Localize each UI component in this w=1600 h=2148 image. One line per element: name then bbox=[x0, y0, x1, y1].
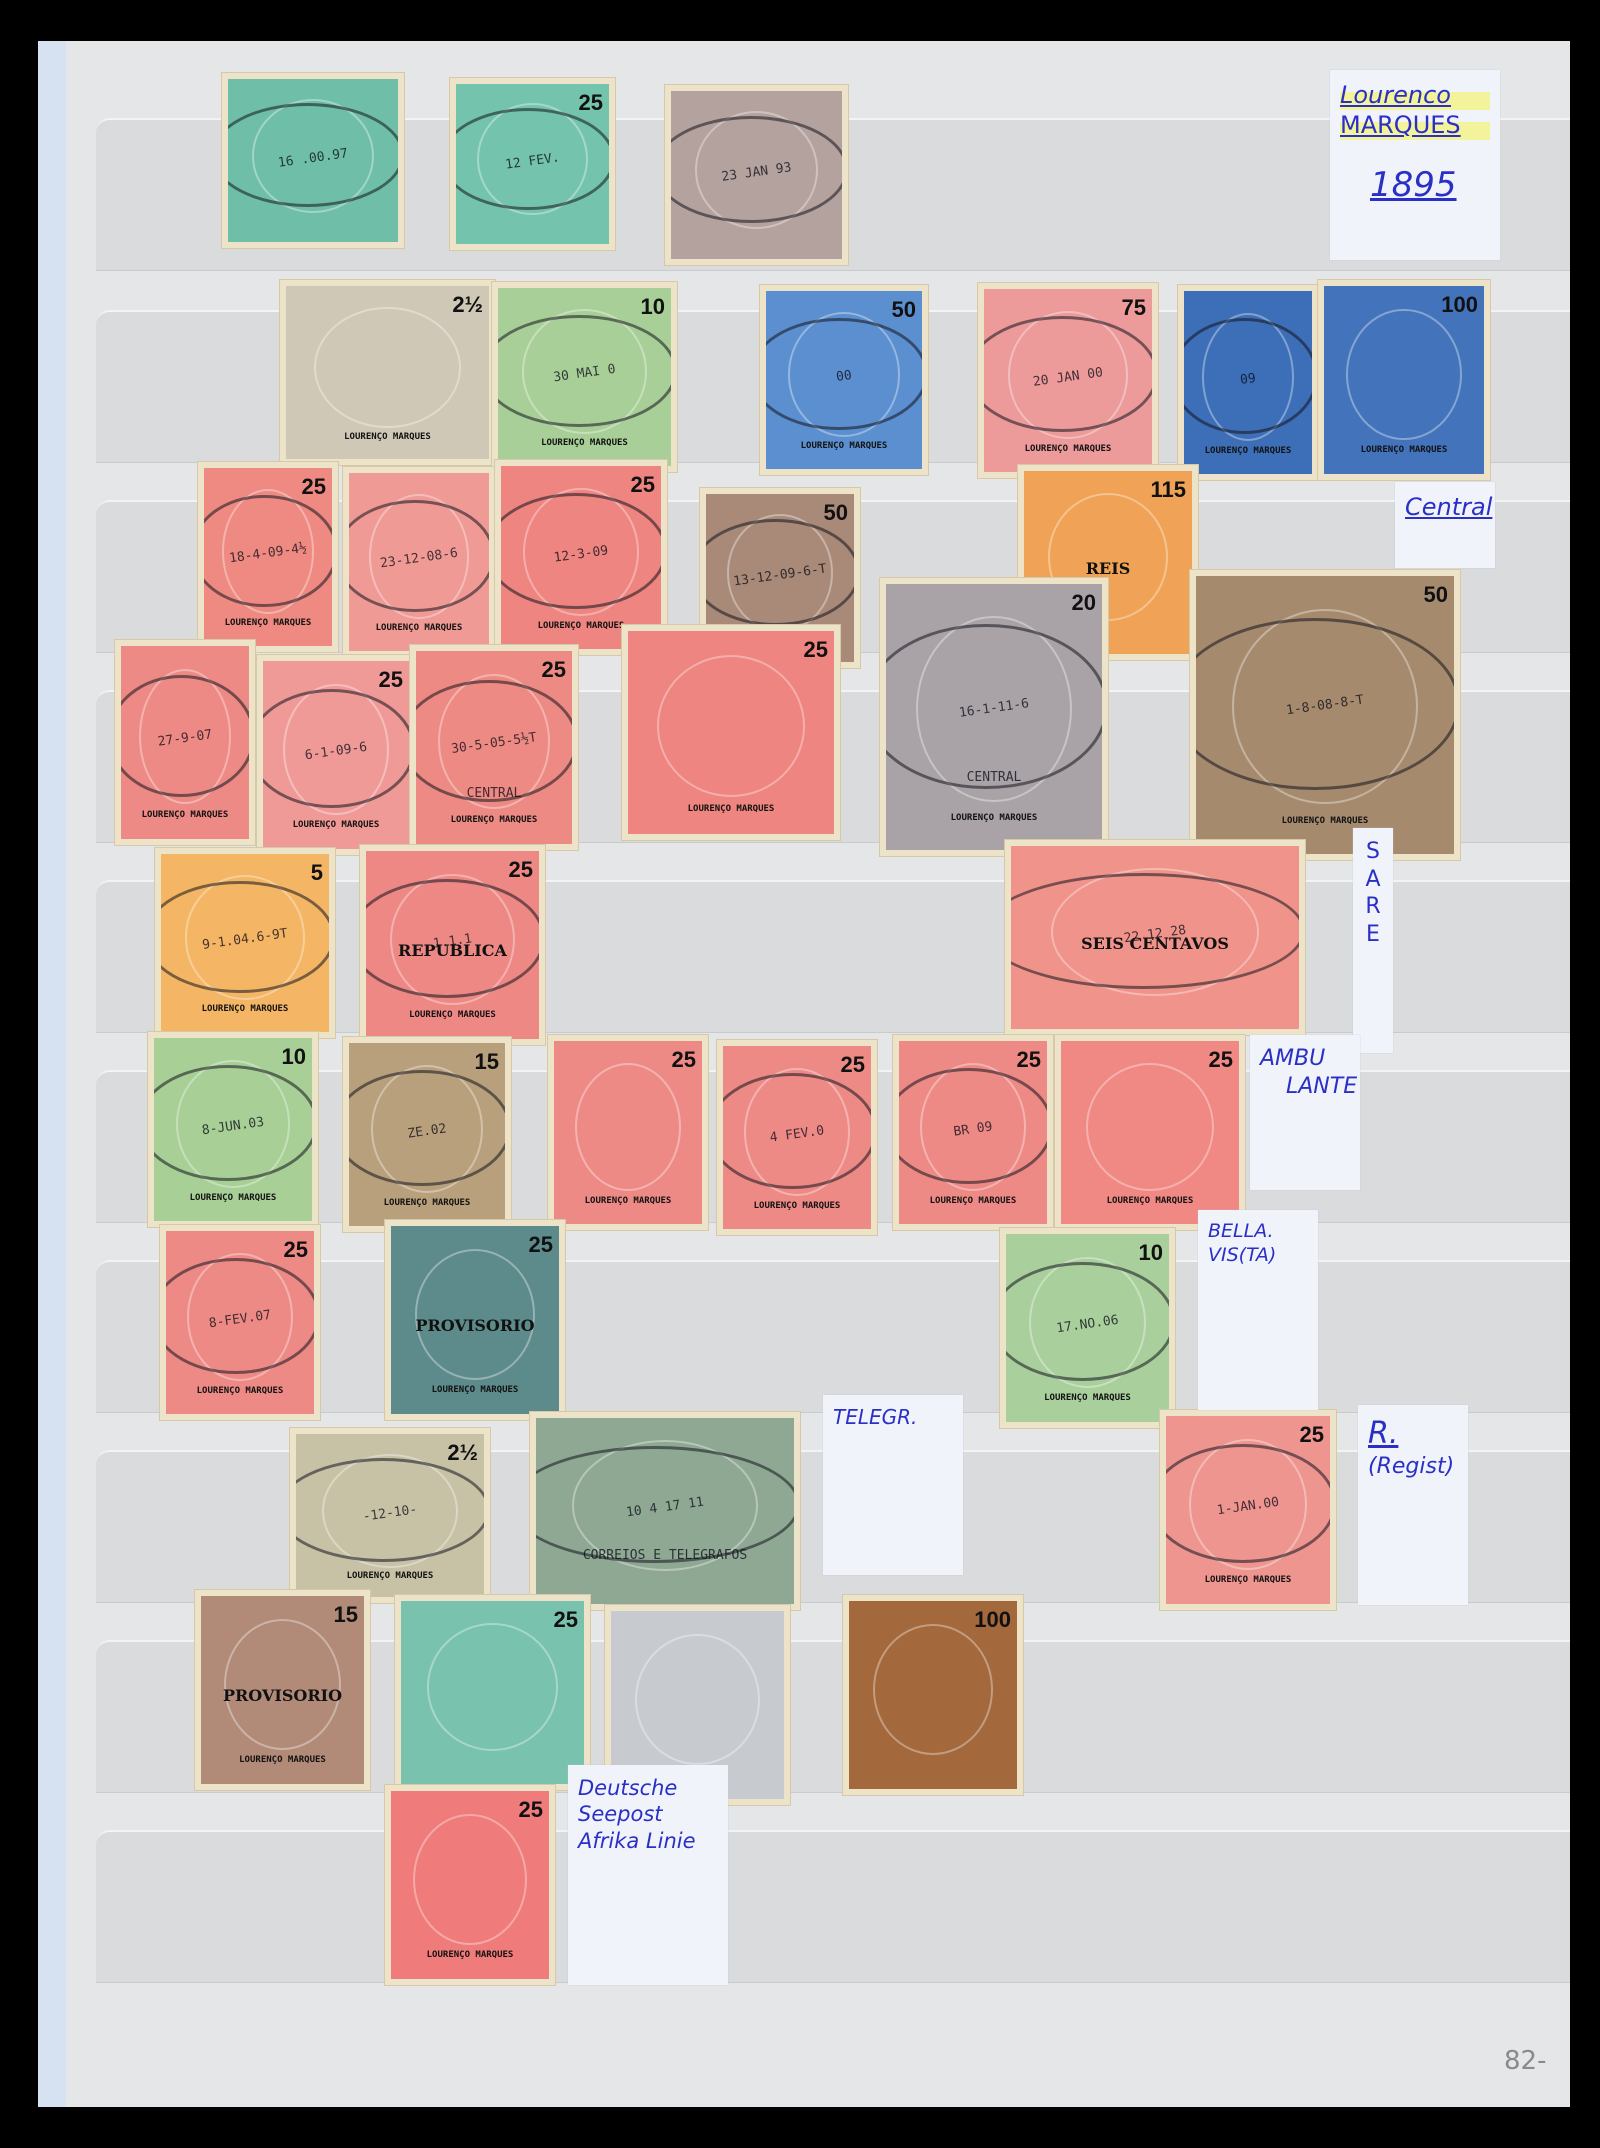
denomination: 10 bbox=[1139, 1240, 1163, 1266]
overprint: LOURENÇO MARQUES bbox=[766, 441, 922, 451]
denomination: 2½ bbox=[447, 1440, 478, 1466]
overprint: LOURENÇO MARQUES bbox=[1184, 446, 1312, 456]
stamp[interactable]: 0050LOURENÇO MARQUES bbox=[760, 285, 928, 475]
surcharge: SEIS CENTAVOS bbox=[1011, 934, 1299, 953]
denomination: 25 bbox=[379, 667, 403, 693]
stamp[interactable]: 18-4-09-4½25LOURENÇO MARQUES bbox=[198, 462, 338, 652]
overprint: LOURENÇO MARQUES bbox=[154, 1193, 312, 1203]
denomination: 25 bbox=[1209, 1047, 1233, 1073]
denomination: 25 bbox=[302, 474, 326, 500]
overprint: LOURENÇO MARQUES bbox=[1324, 445, 1484, 455]
overprint: LOURENÇO MARQUES bbox=[201, 1755, 364, 1765]
page-edge bbox=[38, 41, 66, 2107]
overprint: LOURENÇO MARQUES bbox=[349, 1198, 505, 1208]
surcharge: PROVISORIO bbox=[201, 1686, 364, 1705]
overprint: LOURENÇO MARQUES bbox=[349, 623, 489, 633]
denomination: 100 bbox=[1441, 292, 1478, 318]
denomination: 15 bbox=[475, 1049, 499, 1075]
overprint: LOURENÇO MARQUES bbox=[1061, 1196, 1239, 1206]
stamp[interactable]: 12 FEV.25 bbox=[450, 78, 615, 250]
note-line: AMBU bbox=[1260, 1045, 1350, 1073]
stamp[interactable]: 23-12-08-6LOURENÇO MARQUES bbox=[343, 467, 495, 657]
denomination: 50 bbox=[892, 297, 916, 323]
stamp[interactable]: 30 MAI 010LOURENÇO MARQUES bbox=[492, 282, 677, 472]
note-registered: R. (Regist) bbox=[1358, 1405, 1468, 1605]
note-line: VIS(TA) bbox=[1208, 1244, 1308, 1268]
note-deutsche-seepost: Deutsche Seepost Afrika Linie bbox=[568, 1765, 728, 1985]
denomination: 15 bbox=[334, 1602, 358, 1628]
postmark-text: CORREIOS E TELEGRAFOS bbox=[540, 1548, 790, 1563]
stamp[interactable]: 10 4 17 11CORREIOS E TELEGRAFOS bbox=[530, 1412, 800, 1610]
note-line: Lourenco bbox=[1340, 80, 1490, 110]
overprint: LOURENÇO MARQUES bbox=[286, 432, 489, 442]
overprint: LOURENÇO MARQUES bbox=[899, 1196, 1047, 1206]
portrait-oval bbox=[635, 1634, 760, 1766]
denomination: 25 bbox=[841, 1052, 865, 1078]
stamp[interactable]: 4 FEV.025LOURENÇO MARQUES bbox=[717, 1040, 877, 1235]
stamp[interactable]: 25LOURENÇO MARQUES bbox=[622, 625, 840, 840]
note-line: A bbox=[1363, 866, 1383, 894]
note-line: MARQUES bbox=[1340, 110, 1490, 140]
portrait-oval bbox=[873, 1624, 994, 1756]
portrait-oval bbox=[1086, 1063, 1214, 1191]
denomination: 25 bbox=[519, 1797, 543, 1823]
overprint: LOURENÇO MARQUES bbox=[1006, 1393, 1169, 1403]
denomination: 115 bbox=[1151, 477, 1187, 503]
stamp[interactable]: BR 0925LOURENÇO MARQUES bbox=[893, 1035, 1053, 1230]
denomination: 25 bbox=[509, 857, 533, 883]
denomination: 100 bbox=[974, 1607, 1011, 1633]
denomination: 25 bbox=[554, 1607, 578, 1633]
note-line: BELLA. bbox=[1208, 1220, 1308, 1244]
overprint: LOURENÇO MARQUES bbox=[121, 810, 249, 820]
note-sare: S A R E bbox=[1353, 828, 1393, 1053]
denomination: 25 bbox=[672, 1047, 696, 1073]
overprint: LOURENÇO MARQUES bbox=[416, 815, 572, 825]
overprint: LOURENÇO MARQUES bbox=[554, 1196, 702, 1206]
stamp[interactable]: 27-9-07LOURENÇO MARQUES bbox=[115, 640, 255, 845]
note-line: R. bbox=[1368, 1415, 1458, 1453]
overprint: LOURENÇO MARQUES bbox=[366, 1010, 539, 1020]
note-line: E bbox=[1363, 921, 1383, 949]
surcharge: REPUBLICA bbox=[366, 941, 539, 960]
stamp[interactable]: 16-1-11-620CENTRALLOURENÇO MARQUES bbox=[880, 578, 1108, 856]
note-line: (Regist) bbox=[1368, 1453, 1458, 1481]
denomination: 20 bbox=[1072, 590, 1096, 616]
denomination: 50 bbox=[1424, 582, 1448, 608]
stamp[interactable]: 100 bbox=[843, 1595, 1023, 1795]
overprint: LOURENÇO MARQUES bbox=[886, 813, 1102, 823]
denomination: 2½ bbox=[452, 292, 483, 318]
note-line: Afrika Linie bbox=[578, 1828, 718, 1854]
surcharge: REIS bbox=[1024, 559, 1192, 578]
denomination: 25 bbox=[1300, 1422, 1324, 1448]
overprint: LOURENÇO MARQUES bbox=[391, 1950, 549, 1960]
note-line: Seepost bbox=[578, 1801, 718, 1827]
stamp[interactable]: 6-1-09-625LOURENÇO MARQUES bbox=[257, 655, 415, 855]
stamp[interactable]: 23 JAN 93 bbox=[665, 85, 848, 265]
overprint: LOURENÇO MARQUES bbox=[391, 1385, 559, 1395]
overprint: LOURENÇO MARQUES bbox=[984, 444, 1152, 454]
note-central: Central bbox=[1395, 482, 1495, 568]
stamp[interactable]: 100LOURENÇO MARQUES bbox=[1318, 280, 1490, 480]
stamp[interactable]: 25LOURENÇO MARQUES bbox=[548, 1035, 708, 1230]
portrait-oval bbox=[413, 1814, 527, 1946]
stamp[interactable]: 30-5-05-5½T25CENTRALLOURENÇO MARQUES bbox=[410, 645, 578, 850]
strip bbox=[96, 1830, 1570, 1983]
note-ambulante: AMBU LANTE bbox=[1250, 1035, 1360, 1190]
stamp[interactable]: 8-FEV.0725LOURENÇO MARQUES bbox=[160, 1225, 320, 1420]
note-bella-vista: BELLA. VIS(TA) bbox=[1198, 1210, 1318, 1410]
stamp[interactable]: 25PROVISORIOLOURENÇO MARQUES bbox=[385, 1220, 565, 1420]
stamp[interactable]: 09LOURENÇO MARQUES bbox=[1178, 285, 1318, 480]
overprint: LOURENÇO MARQUES bbox=[204, 618, 332, 628]
stamp[interactable]: 8-JUN.0310LOURENÇO MARQUES bbox=[148, 1032, 318, 1227]
note-line: Central bbox=[1405, 492, 1485, 522]
stamp[interactable]: 1.1.125REPUBLICALOURENÇO MARQUES bbox=[360, 845, 545, 1045]
denomination: 50 bbox=[824, 500, 848, 526]
postmark-text: CENTRAL bbox=[890, 770, 1098, 785]
note-line: TELEGR. bbox=[833, 1405, 953, 1430]
stamp[interactable]: 1-JAN.0025LOURENÇO MARQUES bbox=[1160, 1410, 1336, 1610]
stamp[interactable]: 25LOURENÇO MARQUES bbox=[1055, 1035, 1245, 1230]
denomination: 25 bbox=[579, 90, 603, 116]
denomination: 25 bbox=[1017, 1047, 1041, 1073]
overprint: LOURENÇO MARQUES bbox=[161, 1004, 329, 1014]
portrait-oval bbox=[657, 655, 805, 797]
portrait-oval bbox=[1346, 309, 1461, 441]
denomination: 5 bbox=[311, 860, 323, 886]
stamp[interactable]: 2½LOURENÇO MARQUES bbox=[280, 280, 495, 465]
denomination: 10 bbox=[282, 1044, 306, 1070]
stamp[interactable]: 20 JAN 0075LOURENÇO MARQUES bbox=[978, 283, 1158, 478]
page-number: 82- bbox=[1504, 2046, 1546, 2076]
portrait-oval bbox=[415, 1249, 536, 1381]
portrait-oval bbox=[575, 1063, 682, 1191]
note-line: 1895 bbox=[1370, 164, 1490, 207]
overprint: LOURENÇO MARQUES bbox=[498, 438, 671, 448]
overprint: LOURENÇO MARQUES bbox=[296, 1571, 484, 1581]
stamp[interactable]: 1-8-08-8-T50LOURENÇO MARQUES bbox=[1190, 570, 1460, 860]
portrait-oval bbox=[224, 1619, 341, 1751]
denomination: 25 bbox=[529, 1232, 553, 1258]
note-line: Deutsche bbox=[578, 1775, 718, 1801]
stamp[interactable]: 22 12 28SEIS CENTAVOS bbox=[1005, 840, 1305, 1035]
stamp[interactable]: 17.NO.0610LOURENÇO MARQUES bbox=[1000, 1228, 1175, 1428]
stamp[interactable]: ZE.0215LOURENÇO MARQUES bbox=[343, 1037, 511, 1232]
denomination: 25 bbox=[284, 1237, 308, 1263]
note-title: Lourenco MARQUES 1895 bbox=[1330, 70, 1500, 260]
denomination: 25 bbox=[542, 657, 566, 683]
note-line: S bbox=[1363, 838, 1383, 866]
denomination: 10 bbox=[641, 294, 665, 320]
note-telegr: TELEGR. bbox=[823, 1395, 963, 1575]
denomination: 25 bbox=[804, 637, 828, 663]
note-line: R bbox=[1363, 893, 1383, 921]
denomination: 25 bbox=[631, 472, 655, 498]
portrait-oval bbox=[314, 307, 460, 428]
stamp[interactable]: 16 .00.97 bbox=[222, 73, 404, 248]
postmark-text: CENTRAL bbox=[420, 786, 568, 801]
portrait-oval bbox=[427, 1623, 559, 1751]
surcharge: PROVISORIO bbox=[391, 1316, 559, 1335]
denomination: 75 bbox=[1122, 295, 1146, 321]
stamp[interactable]: 25LOURENÇO MARQUES bbox=[385, 1785, 555, 1985]
overprint: LOURENÇO MARQUES bbox=[166, 1386, 314, 1396]
stamp[interactable]: 25 bbox=[395, 1595, 590, 1790]
stamp[interactable]: 15PROVISORIOLOURENÇO MARQUES bbox=[195, 1590, 370, 1790]
overprint: LOURENÇO MARQUES bbox=[263, 820, 409, 830]
stamp[interactable]: -12-10-2½LOURENÇO MARQUES bbox=[290, 1428, 490, 1603]
note-line: LANTE bbox=[1260, 1073, 1350, 1101]
overprint: LOURENÇO MARQUES bbox=[1166, 1575, 1330, 1585]
overprint: LOURENÇO MARQUES bbox=[1196, 816, 1454, 826]
overprint: LOURENÇO MARQUES bbox=[723, 1201, 871, 1211]
overprint: LOURENÇO MARQUES bbox=[628, 804, 834, 814]
stamp[interactable]: 9-1.04.6-9T5LOURENÇO MARQUES bbox=[155, 848, 335, 1038]
